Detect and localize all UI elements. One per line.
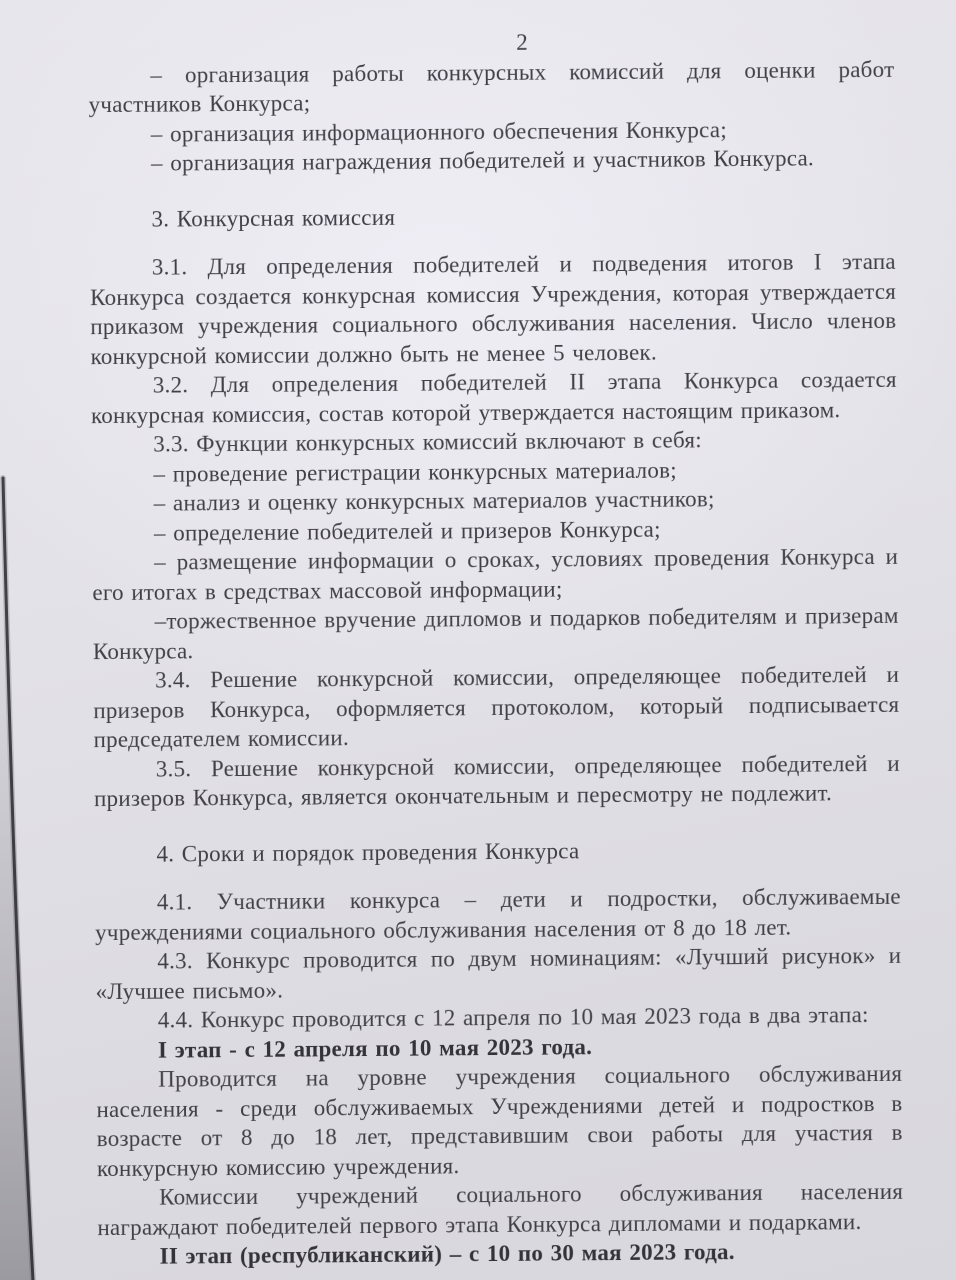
clause-3-2: 3.2. Для определения победителей II этап… <box>91 365 897 430</box>
stage-1-description: Проводится на уровне учреждения социальн… <box>96 1059 903 1183</box>
bullet-media-information: – размещение информации о сроках, услови… <box>92 542 898 607</box>
section-4-heading: 4. Сроки и порядок проведения Конкурса <box>94 833 900 869</box>
clause-4-3: 4.3. Конкурс проводится по двум номинаци… <box>95 941 901 1006</box>
bullet-commissions-evaluation: – организация работы конкурсных комиссий… <box>88 54 894 119</box>
clause-3-4: 3.4. Решение конкурсной комиссии, опреде… <box>93 660 900 755</box>
scanned-page: 2 – организация работы конкурсных комисс… <box>0 0 956 1280</box>
bullet-awarding-winners: – организация награждения победителей и … <box>89 143 895 179</box>
document-body: 2 – организация работы конкурсных комисс… <box>88 25 904 1272</box>
bullet-diploma-ceremony: –торжественное вручение дипломов и подар… <box>93 601 899 666</box>
section-3-heading: 3. Конкурсная комиссия <box>89 198 895 234</box>
clause-4-4: 4.4. Конкурс проводится с 12 апреля по 1… <box>96 1000 902 1036</box>
clause-3-1: 3.1. Для определения победителей и подве… <box>90 247 897 371</box>
clause-3-5: 3.5. Решение конкурсной комиссии, опреде… <box>94 748 900 813</box>
clause-4-1: 4.1. Участники конкурса – дети и подрост… <box>95 882 901 947</box>
stage-1-awards: Комиссии учреждений социального обслужив… <box>97 1177 903 1242</box>
